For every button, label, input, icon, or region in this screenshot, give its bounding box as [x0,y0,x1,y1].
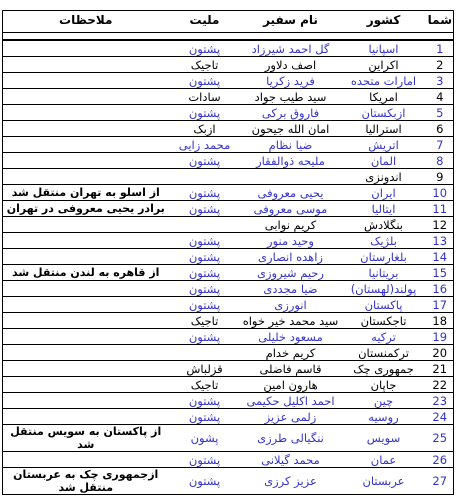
cell-ambassador: موسی معروفی [241,201,341,217]
cell-nationality: قزلباش [169,361,241,377]
table-row: 14 بلغارستان زاهده انصاری پشتون [3,249,454,265]
cell-country: اتریش [341,137,427,153]
cell-ambassador: انورزی [241,297,341,313]
cell-notes [3,89,169,105]
cell-nationality: پشتون [169,297,241,313]
cell-nationality: پشتون [169,452,241,468]
cell-number: 7 [427,137,454,153]
cell-number: 15 [427,265,454,281]
cell-ambassador: مسعود خلیلی [241,329,341,345]
table-row: 15 بریتانیا رحیم شیروزی پشتون از قاهره ب… [3,265,454,281]
cell-notes: ازجمهوری چک به عربستان منتقل شد [3,468,169,495]
cell-nationality: پشتون [169,249,241,265]
cell-country: پولند(لهستان) [341,281,427,297]
cell-number: 25 [427,425,454,452]
cell-country: تاجکستان [341,313,427,329]
cell-number: 11 [427,201,454,217]
ambassadors-document: شماره کشور نام سفیر ملیت ملاحظات 1 اسپان… [2,10,454,495]
table-row: 7 اتریش ضیا نظام محمد زایی [3,137,454,153]
cell-ambassador: هارون امین [241,377,341,393]
header-country: کشور [341,11,427,33]
cell-nationality: پشتون [169,329,241,345]
cell-nationality: پشتون [169,73,241,89]
table-row: 11 ایتالیا موسی معروفی پشتون برادر یحیی … [3,201,454,217]
table-row: 21 جمهوری چک قاسم فاضلی قزلباش [3,361,454,377]
cell-notes [3,57,169,73]
cell-nationality: پشتون [169,40,241,57]
header-nationality: ملیت [169,11,241,33]
table-row: 13 بلژیک وحید منور پشتون [3,233,454,249]
cell-ambassador: رحیم شیروزی [241,265,341,281]
cell-ambassador: فرید زکریا [241,73,341,89]
cell-number: 21 [427,361,454,377]
cell-notes [3,249,169,265]
cell-ambassador: فاروق برکی [241,105,341,121]
cell-ambassador [241,169,341,185]
table-row: 18 تاجکستان سید محمد خیر خواه تاجیک [3,313,454,329]
cell-nationality: پشتون [169,468,241,495]
cell-country: جاپان [341,377,427,393]
cell-notes [3,121,169,137]
cell-country: ترکمنستان [341,345,427,361]
cell-notes [3,217,169,233]
cell-country: چین [341,393,427,409]
cell-notes: از اسلو به تهران منتقل شد [3,185,169,201]
table-row: 20 ترکمنستان کریم خدام [3,345,454,361]
cell-nationality: پشتون [169,105,241,121]
cell-nationality: پشتون [169,153,241,169]
cell-country: روسیه [341,409,427,425]
cell-notes: برادر یحیی معروفی در تهران [3,201,169,217]
cell-nationality: تاجیک [169,57,241,73]
cell-notes [3,297,169,313]
cell-country: بلژیک [341,233,427,249]
cell-number: 13 [427,233,454,249]
cell-notes [3,393,169,409]
table-row: 6 استرالیا امان الله جیحون ازبک [3,121,454,137]
cell-notes [3,153,169,169]
cell-nationality: پشتون [169,393,241,409]
cell-number: 10 [427,185,454,201]
cell-number: 1 [427,40,454,57]
cell-country: ایتالیا [341,201,427,217]
cell-country: جمهوری چک [341,361,427,377]
cell-country: عربستان [341,468,427,495]
cell-country: المان [341,153,427,169]
table-row: 25 سویس ننگیالی طرزی پشون از پاکستان به … [3,425,454,452]
table-row: 10 ایران یحیی معروفی پشتون از اسلو به ته… [3,185,454,201]
cell-ambassador: سید محمد خیر خواه [241,313,341,329]
ambassadors-table: شماره کشور نام سفیر ملیت ملاحظات 1 اسپان… [2,10,454,495]
cell-ambassador: یحیی معروفی [241,185,341,201]
cell-ambassador: ملیحه ذوالفقار [241,153,341,169]
table-row: 4 امریکا سید طیب جواد سادات [3,89,454,105]
header-row: شماره کشور نام سفیر ملیت ملاحظات [3,11,454,33]
table-row: 23 چین احمد اکلیل حکیمی پشتون [3,393,454,409]
cell-number: 22 [427,377,454,393]
cell-number: 26 [427,452,454,468]
header-spacer-row [3,33,454,41]
cell-nationality [169,217,241,233]
cell-notes [3,105,169,121]
cell-nationality: پشتون [169,265,241,281]
cell-country: عمان [341,452,427,468]
cell-number: 19 [427,329,454,345]
cell-number: 17 [427,297,454,313]
cell-ambassador: عزیز کرزی [241,468,341,495]
table-row: 19 ترکیه مسعود خلیلی پشتون [3,329,454,345]
table-row: 27 عربستان عزیز کرزی پشتون ازجمهوری چک ب… [3,468,454,495]
cell-country: امارات متحده [341,73,427,89]
cell-notes [3,137,169,153]
cell-notes [3,73,169,89]
cell-ambassador: زلمی عزیز [241,409,341,425]
cell-nationality: پشتون [169,201,241,217]
cell-notes [3,452,169,468]
cell-ambassador: ضیا نظام [241,137,341,153]
cell-country: بنگلادش [341,217,427,233]
cell-number: 24 [427,409,454,425]
cell-nationality: تاجیک [169,377,241,393]
cell-ambassador: اصف دلاور [241,57,341,73]
cell-ambassador: امان الله جیحون [241,121,341,137]
cell-notes: از قاهره به لندن منتقل شد [3,265,169,281]
cell-ambassador: کریم نوابی [241,217,341,233]
cell-ambassador: محمد گیلانی [241,452,341,468]
cell-number: 5 [427,105,454,121]
cell-notes: از پاکستان به سویس منتقل شد [3,425,169,452]
cell-notes [3,313,169,329]
cell-ambassador: ننگیالی طرزی [241,425,341,452]
table-body: 1 اسپانیا گل احمد شیرزاد پشتون 2 اکراین … [3,40,454,495]
cell-notes [3,345,169,361]
cell-number: 3 [427,73,454,89]
cell-nationality: سادات [169,89,241,105]
table-row: 26 عمان محمد گیلانی پشتون [3,452,454,468]
cell-notes [3,409,169,425]
cell-nationality [169,169,241,185]
cell-notes [3,377,169,393]
cell-number: 2 [427,57,454,73]
table-row: 5 ازبکستان فاروق برکی پشتون [3,105,454,121]
table-row: 8 المان ملیحه ذوالفقار پشتون [3,153,454,169]
cell-nationality: پشتون [169,233,241,249]
cell-nationality: تاجیک [169,313,241,329]
cell-country: بریتانیا [341,265,427,281]
cell-notes [3,361,169,377]
cell-ambassador: سید طیب جواد [241,89,341,105]
cell-country: پاکستان [341,297,427,313]
table-row: 17 پاکستان انورزی پشتون [3,297,454,313]
cell-ambassador: احمد اکلیل حکیمی [241,393,341,409]
cell-ambassador: وحید منور [241,233,341,249]
cell-notes [3,329,169,345]
cell-ambassador: کریم خدام [241,345,341,361]
header-spacer [3,33,454,41]
cell-nationality: پشتون [169,281,241,297]
cell-country: بلغارستان [341,249,427,265]
cell-nationality [169,345,241,361]
header-ambassador: نام سفیر [241,11,341,33]
cell-country: استرالیا [341,121,427,137]
table-row: 9 اندونزی [3,169,454,185]
cell-notes [3,281,169,297]
cell-country: اکراین [341,57,427,73]
cell-nationality: پشتون [169,185,241,201]
cell-ambassador: قاسم فاضلی [241,361,341,377]
table-row: 12 بنگلادش کریم نوابی [3,217,454,233]
cell-number: 18 [427,313,454,329]
cell-number: 16 [427,281,454,297]
cell-ambassador: ضیا مجددی [241,281,341,297]
table-row: 22 جاپان هارون امین تاجیک [3,377,454,393]
cell-country: سویس [341,425,427,452]
cell-notes [3,233,169,249]
cell-country: امریکا [341,89,427,105]
cell-number: 20 [427,345,454,361]
cell-number: 23 [427,393,454,409]
cell-number: 12 [427,217,454,233]
cell-nationality: پشتون [169,409,241,425]
cell-notes [3,40,169,57]
cell-country: اسپانیا [341,40,427,57]
table-row: 1 اسپانیا گل احمد شیرزاد پشتون [3,40,454,57]
cell-ambassador: گل احمد شیرزاد [241,40,341,57]
cell-ambassador: زاهده انصاری [241,249,341,265]
cell-number: 9 [427,169,454,185]
table-row: 24 روسیه زلمی عزیز پشتون [3,409,454,425]
cell-number: 8 [427,153,454,169]
table-row: 2 اکراین اصف دلاور تاجیک [3,57,454,73]
cell-country: اندونزی [341,169,427,185]
cell-nationality: پشون [169,425,241,452]
cell-nationality: محمد زایی [169,137,241,153]
cell-number: 4 [427,89,454,105]
cell-number: 14 [427,249,454,265]
cell-notes [3,169,169,185]
table-row: 3 امارات متحده فرید زکریا پشتون [3,73,454,89]
cell-country: ازبکستان [341,105,427,121]
header-number: شماره [427,11,454,33]
table-header: شماره کشور نام سفیر ملیت ملاحظات [3,11,454,41]
cell-nationality: ازبک [169,121,241,137]
cell-number: 6 [427,121,454,137]
cell-number: 27 [427,468,454,495]
cell-country: ترکیه [341,329,427,345]
cell-country: ایران [341,185,427,201]
header-notes: ملاحظات [3,11,169,33]
table-row: 16 پولند(لهستان) ضیا مجددی پشتون [3,281,454,297]
